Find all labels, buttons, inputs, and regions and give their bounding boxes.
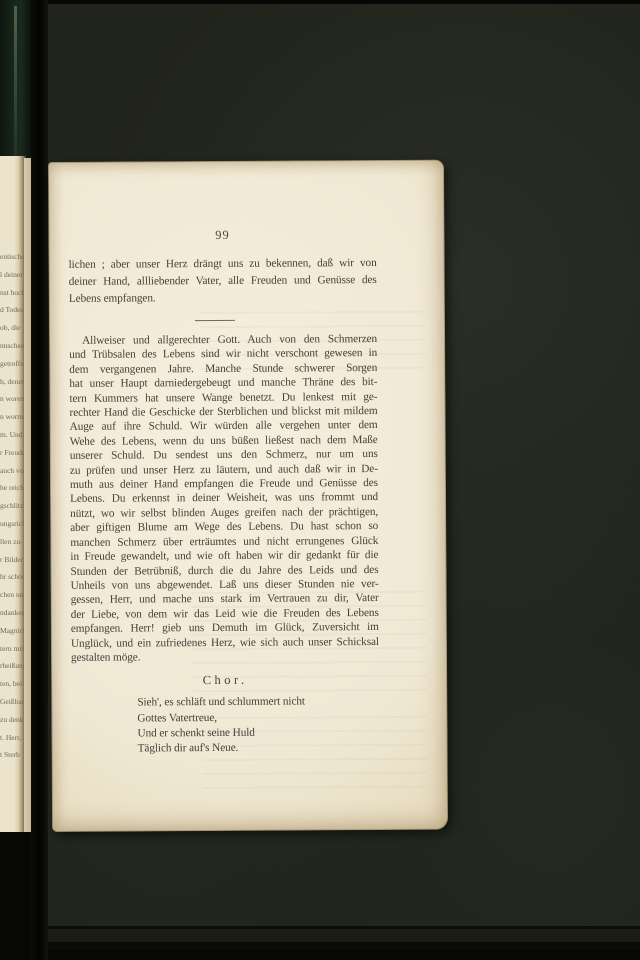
edge-text-fragment: ndanken,: [0, 604, 19, 622]
book-page: 99 lichen ; aber unser Herz drängt uns z…: [48, 160, 448, 832]
edge-text-fragment: d Todes: [0, 301, 19, 319]
edge-text-fragment: n woren,: [0, 390, 19, 408]
edge-text-fragment: auch von: [0, 462, 19, 480]
previous-page-sliver: entischel deinernst hoch.d Todesob, dien…: [0, 156, 26, 832]
text-column: lichen ; aber unser Herz drängt uns zu b…: [69, 255, 380, 757]
edge-text-fragment: rheißung: [0, 657, 19, 675]
edge-text-fragment: Geißbaum: [0, 693, 19, 711]
gutter-shadow: [31, 0, 48, 960]
edge-text-fragment: nnscheiten: [0, 337, 19, 355]
text-line: deiner Hand, allliebender Vater, alle Fr…: [69, 272, 377, 291]
text-line: hat unser Haupt darniedergebeugt und man…: [69, 375, 377, 391]
text-line: Unglück, und ein zufriedenes Herz, wie s…: [71, 635, 379, 651]
edge-text-fragment: ob, die: [0, 319, 19, 337]
edge-text-fragment: zu denken: [0, 711, 19, 729]
section-divider-rule: [195, 320, 235, 321]
verse-line: Gottes Vatertreue,: [137, 710, 379, 727]
text-line: gessen, Herr, und mache uns stark im Ver…: [71, 591, 379, 607]
prayer-paragraph: Allweiser und allgerechter Gott. Auch vo…: [69, 332, 379, 665]
edge-text-fragment: h, denen,: [0, 373, 19, 391]
edge-text-fragment: gschlitz: [0, 497, 19, 515]
text-line: Lebens empfangen.: [69, 289, 377, 308]
edge-text-fragment: llen zu-: [0, 533, 19, 551]
edge-text-fragment: chen und: [0, 586, 19, 604]
edge-text-fragment: l deiner: [0, 266, 19, 284]
verse-line: Und er schenkt seine Huld: [137, 725, 379, 742]
edge-text-fragment: ungsrichte: [0, 515, 19, 533]
cloth-fold-band: [40, 926, 640, 950]
section-divider-wrap: [69, 306, 377, 334]
edge-text-fragment: r Bilder: [0, 551, 19, 569]
edge-text-fragment: hr schön: [0, 568, 19, 586]
verse-line: Sieh', es schläft und schlummert nicht: [137, 694, 379, 711]
page-number: 99: [68, 227, 376, 244]
edge-text-fragment: getroffen: [0, 355, 19, 373]
text-line: lichen ; aber unser Herz drängt uns zu b…: [69, 255, 377, 274]
verse-line: Täglich dir auf's Neue.: [138, 740, 380, 757]
edge-text-fragment: entische: [0, 248, 19, 266]
edge-text-fragments: entischel deinernst hoch.d Todesob, dien…: [0, 248, 19, 764]
chor-heading: Chor.: [71, 672, 379, 689]
text-line: empfangen. Herr! gieb uns Demuth im Glüc…: [71, 620, 379, 636]
cover-edge-highlight: [14, 6, 17, 156]
text-line: gestalten möge.: [71, 649, 379, 665]
edge-text-fragment: t. Herr,: [0, 729, 19, 747]
edge-text-fragment: t Sterb: [0, 746, 19, 764]
text-line: und Trübsalen des Lebens sind wir nicht …: [69, 346, 377, 362]
edge-text-fragment: m. Und: [0, 426, 19, 444]
edge-text-fragment: Magnicht,: [0, 622, 19, 640]
edge-text-fragment: n wormes: [0, 408, 19, 426]
verse-block: Sieh', es schläft und schlummert nichtGo…: [137, 694, 379, 756]
edge-text-fragment: nst hoch.: [0, 284, 19, 302]
edge-text-fragment: tern mit: [0, 640, 19, 658]
paragraph-continuation: lichen ; aber unser Herz drängt uns zu b…: [69, 255, 377, 308]
text-line: in Freude gewandelt, und wie oft haben w…: [70, 548, 378, 564]
text-line: aber giftigen Blume am Wege des Lebens. …: [70, 519, 378, 535]
edge-text-fragment: ten, bei-: [0, 675, 19, 693]
edge-text-fragment: r Freuden: [0, 444, 19, 462]
edge-text-fragment: he reichen: [0, 479, 19, 497]
text-line: unserer Schuld. Du sendest uns den Schme…: [70, 447, 378, 463]
